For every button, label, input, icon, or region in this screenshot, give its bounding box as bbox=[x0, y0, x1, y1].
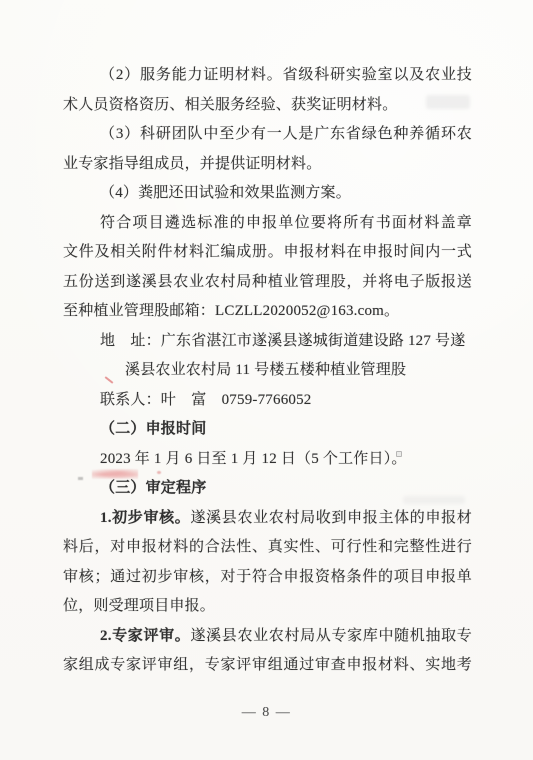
contact-line: 联系人：叶 富 0759-7766052 bbox=[63, 386, 472, 416]
text-line: （2）服务能力证明材料。省级科研实验室以及农业技 bbox=[63, 61, 472, 91]
step-line: 2.专家评审。遂溪县农业农村局从专家库中随机抽取专 bbox=[63, 622, 472, 652]
text-line: 料后，对申报材料的合法性、真实性、可行性和完整性进行 bbox=[63, 533, 472, 563]
red-smudge-artifact bbox=[92, 469, 138, 479]
address-line: 地 址：广东省湛江市遂溪县遂城街道建设路 127 号遂 bbox=[63, 327, 472, 357]
step-2-label: 2.专家评审。 bbox=[100, 628, 190, 644]
email-line: 至种植业管理股邮箱：LCZLL2020052@163.com。 bbox=[63, 297, 472, 327]
step-2-text: 遂溪县农业农村局从专家库中随机抽取专 bbox=[190, 628, 472, 644]
text-line: （4）粪肥还田试验和效果监测方案。 bbox=[63, 179, 472, 209]
address-line: 溪县农业农村局 11 号楼五楼种植业管理股 bbox=[63, 356, 472, 386]
text-line: 符合项目遴选标准的申报单位要将所有书面材料盖章 bbox=[63, 209, 472, 239]
scan-speck-artifact bbox=[396, 451, 402, 457]
text-line: 家组成专家评审组，专家评审组通过审查申报材料、实地考 bbox=[63, 651, 472, 681]
step-line: 1.初步审核。遂溪县农业农村局收到申报主体的申报材 bbox=[63, 504, 472, 534]
text-line: 术人员资格资历、相关服务经验、获奖证明材料。 bbox=[63, 91, 472, 121]
step-1-text: 遂溪县农业农村局收到申报主体的申报材 bbox=[190, 510, 472, 526]
section-heading-2: （二）申报时间 bbox=[63, 415, 472, 445]
step-1-label: 1.初步审核。 bbox=[100, 510, 190, 526]
text-line: 业专家指导组成员，并提供证明材料。 bbox=[63, 150, 472, 180]
bleed-through-artifact bbox=[403, 496, 465, 504]
text-line: 五份送到遂溪县农业农村局种植业管理股，并将电子版报送 bbox=[63, 268, 472, 298]
scan-speck-artifact bbox=[78, 477, 83, 480]
text-line: （3）科研团队中至少有一人是广东省绿色种养循环农 bbox=[63, 120, 472, 150]
page-number: — 8 — bbox=[0, 705, 533, 721]
red-dot-artifact bbox=[157, 471, 161, 474]
text-line: 位，则受理项目申报。 bbox=[63, 592, 472, 622]
bleed-through-artifact bbox=[426, 95, 470, 109]
text-line: 文件及相关附件材料汇编成册。申报材料在申报时间内一式 bbox=[63, 238, 472, 268]
document-body-text: （2）服务能力证明材料。省级科研实验室以及农业技 术人员资格资历、相关服务经验、… bbox=[63, 61, 472, 681]
text-line: 审核；通过初步审核，对于符合申报资格条件的项目申报单 bbox=[63, 563, 472, 593]
